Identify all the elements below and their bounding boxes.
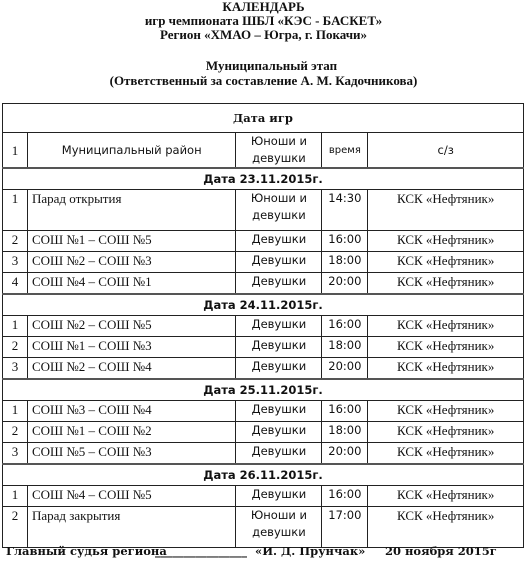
game-match: СОШ №3 – СОШ №4	[27, 401, 236, 422]
game-time: 18:00	[322, 422, 368, 443]
col-header-gender: Юноши и девушки	[236, 133, 322, 169]
game-row: 1СОШ №2 – СОШ №5Девушки16:00КСК «Нефтяни…	[3, 316, 524, 337]
game-time: 16:00	[322, 401, 368, 422]
game-gender: Юноши и девушки	[236, 190, 322, 231]
game-match: СОШ №1 – СОШ №3	[27, 337, 236, 358]
game-time: 18:00	[322, 337, 368, 358]
game-venue: КСК «Нефтяник»	[368, 337, 524, 358]
game-number: 2	[3, 507, 28, 548]
game-gender: Девушки	[236, 401, 322, 422]
col-header-district: Муниципальный район	[27, 133, 236, 169]
table-title-row: Дата игр	[3, 104, 524, 133]
game-match: СОШ №1 – СОШ №2	[27, 422, 236, 443]
game-row: 1Парад открытияЮноши и девушки14:30КСК «…	[3, 190, 524, 231]
date-heading: Дата 26.11.2015г.	[3, 464, 524, 486]
game-venue: КСК «Нефтяник»	[368, 231, 524, 252]
game-time: 14:30	[322, 190, 368, 231]
region-line: Регион «ХМАО – Югра, г. Покачи»	[0, 28, 527, 42]
judge-label: Главный судья региона	[6, 544, 167, 559]
game-row: 4СОШ №4 – СОШ №1Девушки20:00КСК «Нефтяни…	[3, 273, 524, 295]
game-gender: Девушки	[236, 358, 322, 380]
col-header-venue: с/з	[368, 133, 524, 169]
date-heading: Дата 25.11.2015г.	[3, 379, 524, 401]
game-time: 16:00	[322, 231, 368, 252]
game-number: 2	[3, 422, 28, 443]
game-time: 16:00	[322, 316, 368, 337]
column-header-row: 1 Муниципальный район Юноши и девушки вр…	[3, 133, 524, 169]
date-heading: Дата 23.11.2015г.	[3, 168, 524, 190]
game-venue: КСК «Нефтяник»	[368, 252, 524, 273]
game-match: СОШ №2 – СОШ №4	[27, 358, 236, 380]
game-time: 16:00	[322, 486, 368, 507]
game-number: 1	[3, 401, 28, 422]
date-row: Дата 24.11.2015г.	[3, 294, 524, 316]
game-number: 2	[3, 231, 28, 252]
game-gender: Девушки	[236, 231, 322, 252]
date-row: Дата 23.11.2015г.	[3, 168, 524, 190]
game-number: 1	[3, 190, 28, 231]
game-gender: Девушки	[236, 422, 322, 443]
game-venue: КСК «Нефтяник»	[368, 507, 524, 548]
game-match: Парад открытия	[27, 190, 236, 231]
game-match: СОШ №2 – СОШ №5	[27, 316, 236, 337]
game-match: СОШ №1 – СОШ №5	[27, 231, 236, 252]
responsible-line: (Ответственный за составление А. М. Кадо…	[0, 74, 527, 88]
judge-name: «И. Д. Прунчак»	[255, 544, 365, 559]
col-header-time: время	[322, 133, 368, 169]
game-venue: КСК «Нефтяник»	[368, 273, 524, 295]
game-venue: КСК «Нефтяник»	[368, 316, 524, 337]
game-row: 1СОШ №3 – СОШ №4Девушки16:00КСК «Нефтяни…	[3, 401, 524, 422]
game-time: 20:00	[322, 358, 368, 380]
game-match: СОШ №4 – СОШ №1	[27, 273, 236, 295]
game-match: Парад закрытия	[27, 507, 236, 548]
game-row: 3СОШ №5 – СОШ №3Девушки20:00КСК «Нефтяни…	[3, 443, 524, 465]
game-venue: КСК «Нефтяник»	[368, 486, 524, 507]
game-number: 3	[3, 252, 28, 273]
game-row: 2СОШ №1 – СОШ №5Девушки16:00КСК «Нефтяни…	[3, 231, 524, 252]
game-number: 1	[3, 316, 28, 337]
game-venue: КСК «Нефтяник»	[368, 443, 524, 465]
table-title: Дата игр	[3, 104, 524, 133]
game-number: 2	[3, 337, 28, 358]
game-venue: КСК «Нефтяник»	[368, 358, 524, 380]
game-time: 18:00	[322, 252, 368, 273]
schedule-table: Дата игр 1 Муниципальный район Юноши и д…	[2, 103, 524, 548]
signature-line: ________________	[155, 544, 247, 559]
game-venue: КСК «Нефтяник»	[368, 401, 524, 422]
game-row: 3СОШ №2 – СОШ №3Девушки18:00КСК «Нефтяни…	[3, 252, 524, 273]
game-gender: Девушки	[236, 316, 322, 337]
col-header-number: 1	[3, 133, 28, 169]
game-number: 1	[3, 486, 28, 507]
game-row: 2Парад закрытияЮноши и девушки17:00КСК «…	[3, 507, 524, 548]
footer-date: 20 ноября 2015г	[385, 544, 497, 559]
game-time: 17:00	[322, 507, 368, 548]
date-row: Дата 25.11.2015г.	[3, 379, 524, 401]
game-venue: КСК «Нефтяник»	[368, 422, 524, 443]
game-match: СОШ №4 – СОШ №5	[27, 486, 236, 507]
game-row: 2СОШ №1 – СОШ №3Девушки18:00КСК «Нефтяни…	[3, 337, 524, 358]
game-gender: Девушки	[236, 273, 322, 295]
game-gender: Юноши и девушки	[236, 507, 322, 548]
document-title: КАЛЕНДАРЬ	[0, 0, 527, 14]
game-gender: Девушки	[236, 443, 322, 465]
game-row: 3СОШ №2 – СОШ №4Девушки20:00КСК «Нефтяни…	[3, 358, 524, 380]
game-gender: Девушки	[236, 337, 322, 358]
game-time: 20:00	[322, 273, 368, 295]
game-time: 20:00	[322, 443, 368, 465]
game-venue: КСК «Нефтяник»	[368, 190, 524, 231]
game-row: 2СОШ №1 – СОШ №2Девушки18:00КСК «Нефтяни…	[3, 422, 524, 443]
game-match: СОШ №2 – СОШ №3	[27, 252, 236, 273]
stage-line: Муниципальный этап	[8, 59, 527, 73]
game-number: 3	[3, 443, 28, 465]
game-gender: Девушки	[236, 486, 322, 507]
game-number: 4	[3, 273, 28, 295]
document-subtitle: игр чемпионата ШБЛ «КЭС - БАСКЕТ»	[0, 14, 527, 28]
game-gender: Девушки	[236, 252, 322, 273]
date-row: Дата 26.11.2015г.	[3, 464, 524, 486]
game-number: 3	[3, 358, 28, 380]
date-heading: Дата 24.11.2015г.	[3, 294, 524, 316]
game-match: СОШ №5 – СОШ №3	[27, 443, 236, 465]
game-row: 1СОШ №4 – СОШ №5Девушки16:00КСК «Нефтяни…	[3, 486, 524, 507]
